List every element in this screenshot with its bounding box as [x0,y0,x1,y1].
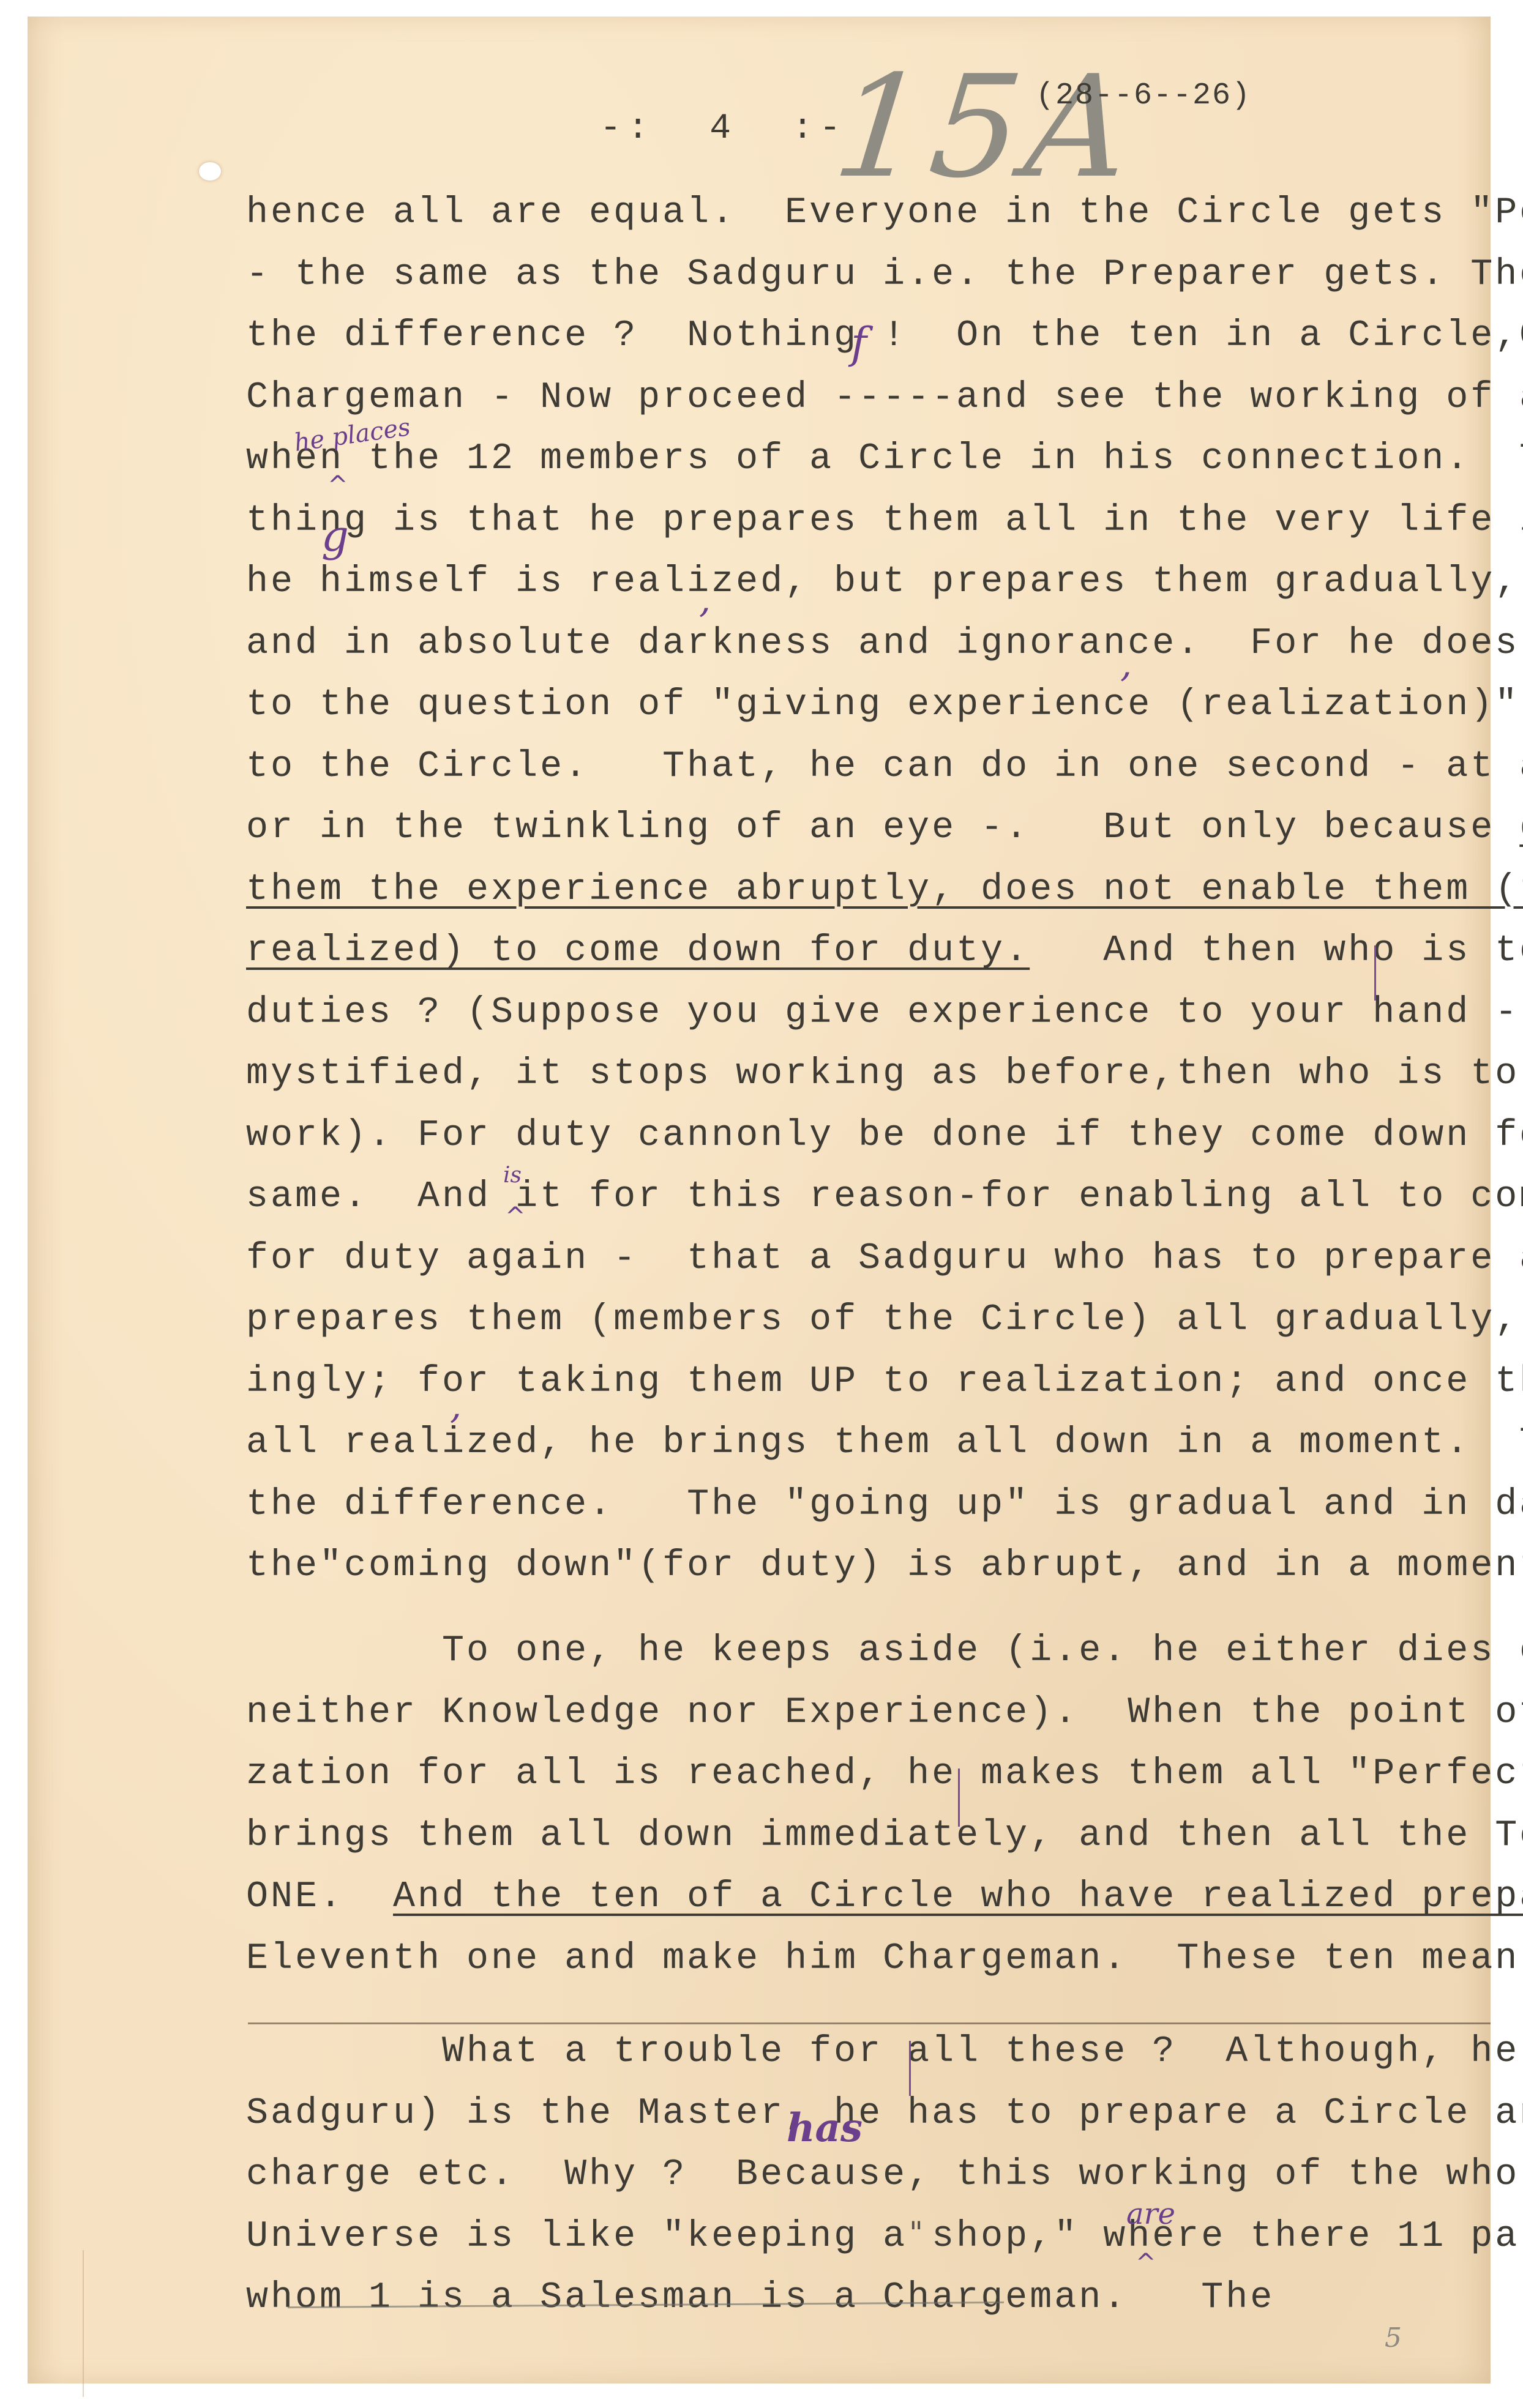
typed-line: brings them all down immediately, and th… [246,1817,1523,1854]
typed-line: neither Knowledge nor Experience). When … [246,1694,1523,1731]
insertion-caret: ^ [327,471,348,499]
typed-line: ONE. And the ten of a Circle who have re… [246,1879,1523,1915]
typed-line: charge etc. Why ? Because, this working … [246,2156,1523,2193]
word-separator-mark [1374,945,1376,1001]
typed-line: What a trouble for all these ? Although,… [246,2033,1523,2070]
page-number-marker: -: 4 :- [600,109,847,149]
annotation-has-correction: has [787,2105,863,2151]
typed-line: the difference ? Nothing ! On the ten in… [246,318,1523,354]
typed-line: mystified, it stops working as before,th… [246,1056,1523,1092]
typed-line: - the same as the Sadguru i.e. the Prepa… [246,256,1523,293]
underlined-text: realized) to come down for duty. [246,930,1030,972]
typed-line: whom 1 is a Salesman is a Chargeman. The [246,2279,1274,2316]
annotation-are: are [1126,2197,1175,2231]
underlined-text: And the ten of a Circle who have realize… [393,1876,1523,1918]
handwritten-page-reference: 15A [827,46,1143,209]
typed-line: all realized, he brings them all down in… [246,1425,1523,1461]
annotation-thing-g: g [321,511,349,561]
typed-line: zation for all is reached, he makes them… [246,1756,1523,1792]
typed-line: same. And it for this reason-for enablin… [246,1179,1523,1215]
typed-line: Eleventh one and make him Chargeman. The… [246,1940,1523,1977]
typed-line: hence all are equal. Everyone in the Cir… [246,195,1523,231]
separator-rule [248,2022,1491,2024]
insertion-caret: ^ [505,1202,526,1231]
typed-line: to the question of "giving experience (r… [246,687,1523,723]
typed-line: work). For duty cannonly be done if they… [246,1117,1523,1154]
typed-line: ingly; for taking them UP to realization… [246,1363,1523,1400]
typed-line: for duty again - that a Sadguru who has … [246,1240,1523,1277]
typed-line: when the 12 members of a Circle in his c… [246,441,1523,477]
underlined-text: giving [1519,807,1523,849]
typed-line: Chargeman - Now proceed -----and see the… [246,379,1523,416]
typed-line: thing is that he prepares them all in th… [246,502,1523,539]
typed-line: To one, he keeps aside (i.e. he either d… [246,1633,1523,1669]
annotation-is: is [503,1163,522,1188]
annotation-comma: , [450,1384,462,1427]
annotation-of-correction: f [851,318,867,368]
typed-line: prepares them (members of the Circle) al… [246,1302,1523,1338]
typed-line: them the experience abruptly, does not e… [246,871,1523,908]
underlined-text: them the experience abruptly, does not e… [246,869,1523,911]
punch-hole [199,162,221,181]
annotation-comma: , [1120,643,1132,685]
typed-line: the difference. The "going up" is gradua… [246,1486,1523,1523]
word-separator-mark [909,2041,911,2096]
corner-pencil-mark: 5 [1385,2322,1402,2354]
typed-line: he himself is realized, but prepares the… [246,564,1523,600]
typed-line: the"coming down"(for duty) is abrupt, an… [246,1548,1523,1584]
typed-line: to the Circle. That, he can do in one se… [246,748,1523,785]
typed-line: and in absolute darkness and ignorance. … [246,625,1523,662]
typed-line: or in the twinkling of an eye -. But onl… [246,810,1523,846]
insertion-caret: ^ [1136,2249,1156,2277]
fold-crease [83,2250,84,2397]
annotation-quote-mark: " [909,2215,923,2251]
word-separator-mark [958,1769,960,1827]
annotation-comma: , [699,578,711,621]
typed-line: duties ? (Suppose you give experience to… [246,994,1523,1031]
typed-line: Universe is like "keeping a shop," where… [246,2218,1523,2255]
typed-line: Sadguru) is the Master, he has to prepar… [246,2095,1523,2132]
document-date: (28--6--26) [1036,78,1251,113]
typed-line: realized) to come down for duty. And the… [246,933,1523,969]
